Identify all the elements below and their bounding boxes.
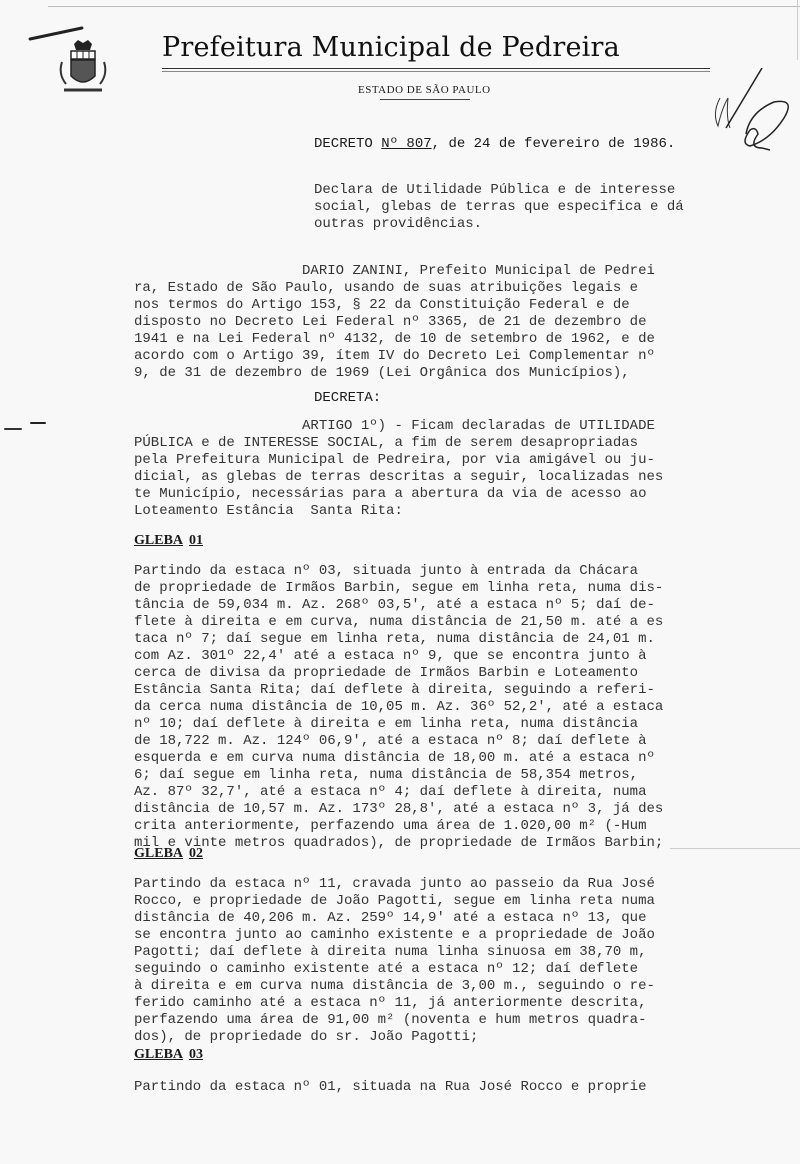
gleba-number: 01 <box>189 533 203 548</box>
gleba-description: Partindo da estaca nº 01, situada na Rua… <box>134 1079 734 1096</box>
gleba-description: Partindo da estaca nº 11, cravada junto … <box>134 876 734 1046</box>
decreta-heading: DECRETA: <box>314 390 381 406</box>
decree-summary: Declara de Utilidade Pública e de intere… <box>314 182 734 233</box>
state-divider <box>380 99 470 100</box>
gleba-heading: GLEBA03 <box>134 1047 203 1063</box>
decree-number: Nº 807 <box>381 136 431 152</box>
handwritten-signature-icon <box>700 68 800 158</box>
header-state: ESTADO DE SÃO PAULO <box>358 84 491 96</box>
gleba-label: GLEBA <box>134 533 183 548</box>
gleba-description: Partindo da estaca nº 03, situada junto … <box>134 563 734 852</box>
margin-mark <box>4 428 22 430</box>
gleba-label: GLEBA <box>134 1047 183 1062</box>
gleba-label: GLEBA <box>134 846 183 861</box>
coat-of-arms-icon <box>52 40 114 98</box>
scan-edge-line <box>797 0 798 60</box>
preamble-paragraph: DARIO ZANINI, Prefeito Municipal de Pedr… <box>134 263 734 382</box>
pen-mark <box>28 26 83 41</box>
gleba-heading: GLEBA01 <box>134 533 203 549</box>
decree-heading: DECRETO Nº 807, de 24 de fevereiro de 19… <box>314 136 675 152</box>
decree-date: , de 24 de fevereiro de 1986. <box>432 136 676 152</box>
margin-mark <box>30 422 46 424</box>
header-title: Prefeitura Municipal de Pedreira <box>162 32 620 63</box>
gleba-number: 02 <box>189 846 203 861</box>
gleba-heading: GLEBA02 <box>134 846 203 862</box>
decree-label: DECRETO <box>314 136 381 152</box>
article-1-paragraph: ARTIGO 1º) - Ficam declaradas de UTILIDA… <box>134 418 734 520</box>
scan-edge-line <box>48 6 800 7</box>
title-divider <box>162 68 710 72</box>
scan-artifact-line <box>670 848 800 849</box>
gleba-number: 03 <box>189 1047 203 1062</box>
